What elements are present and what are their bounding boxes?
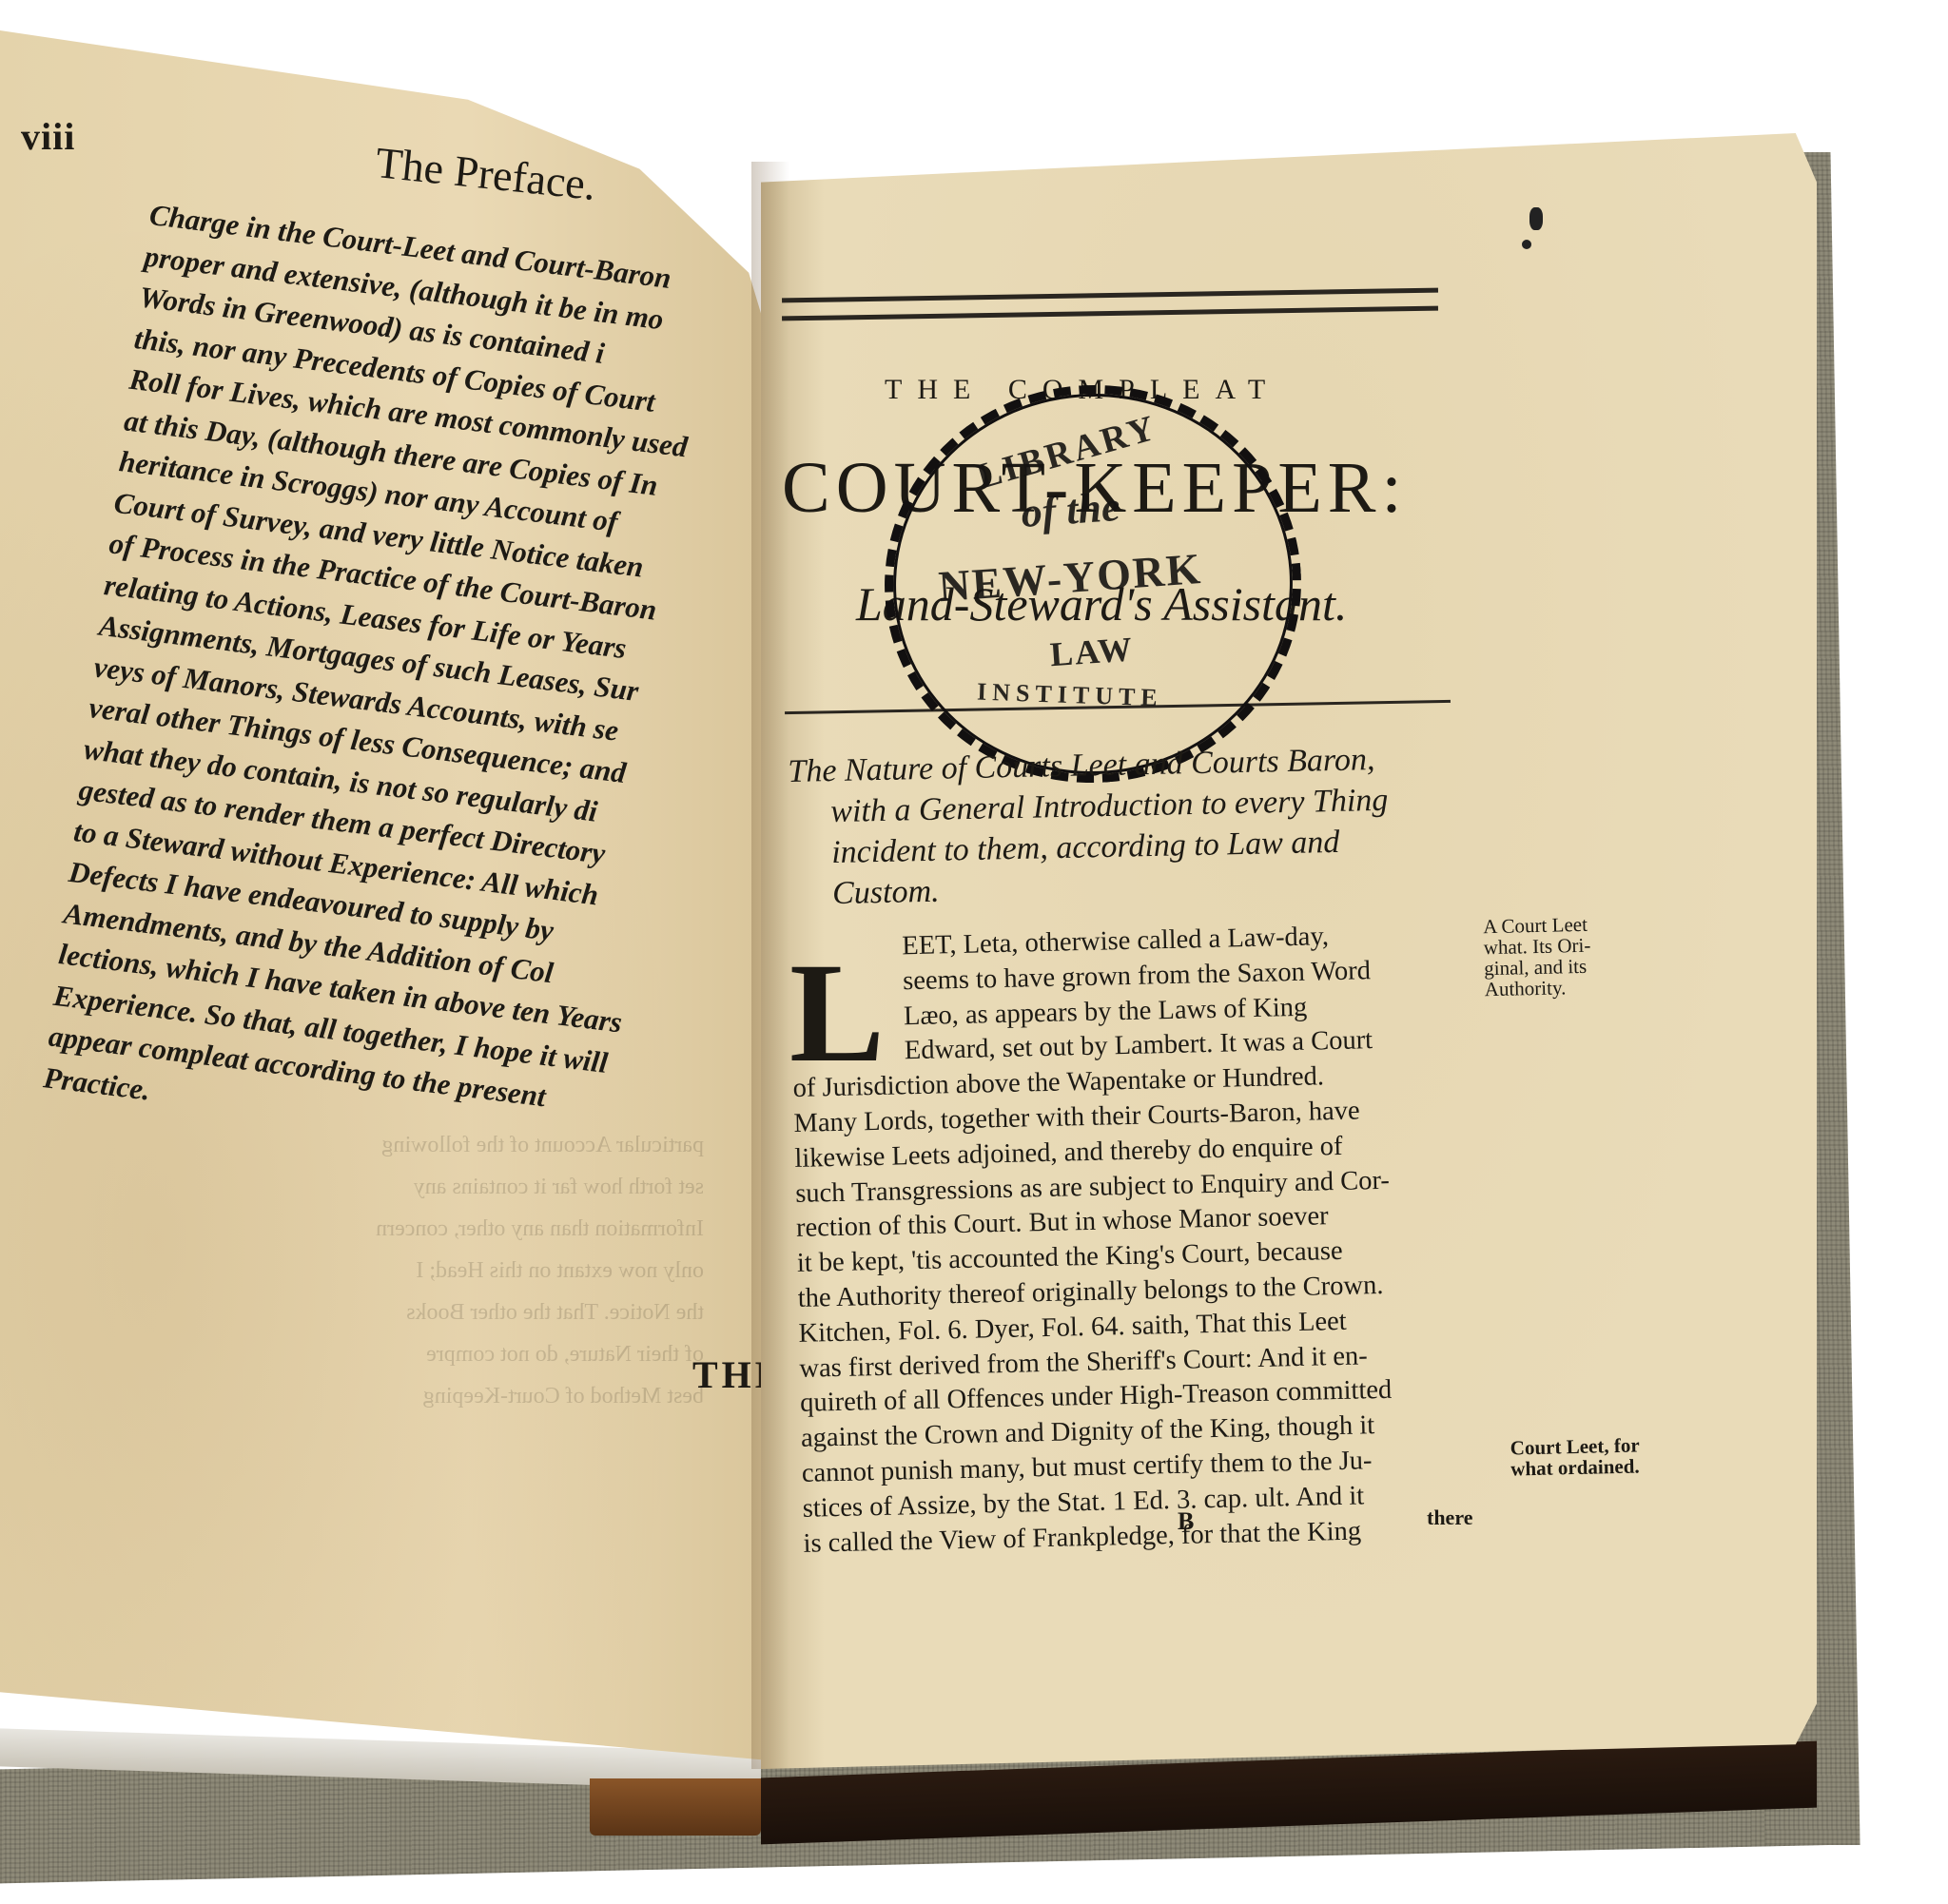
- body-text: EET, Leta, otherwise called a Law-day, s…: [789, 916, 1508, 1562]
- stamp-text: NEW-YORK: [937, 543, 1204, 612]
- ink-spot: [1522, 240, 1531, 249]
- marginal-note: Court Leet, for what ordained.: [1510, 1434, 1641, 1479]
- running-head: The Preface.: [373, 137, 598, 210]
- page-number: viii: [21, 114, 75, 159]
- stamp-text: LIBRARY: [972, 407, 1161, 498]
- chapter-summary: The Nature of Courts Leet and Courts Bar…: [788, 737, 1494, 915]
- stamp-text: LAW: [1049, 629, 1136, 674]
- gutter-shadow: [751, 162, 789, 1769]
- ink-spot: [1529, 207, 1543, 230]
- signature-mark: B: [1178, 1507, 1194, 1536]
- catchword: there: [1427, 1506, 1472, 1530]
- left-page: particular Account of the following set …: [0, 30, 780, 1761]
- preface-text: Charge in the Court-Leet and Court-Baron…: [41, 194, 775, 1174]
- marginal-note: A Court Leet what. Its Ori- ginal, and i…: [1483, 914, 1592, 1001]
- stamp-text: of the: [1020, 482, 1121, 537]
- stamp-text: INSTITUTE: [977, 678, 1164, 713]
- leather-spine: [590, 1778, 761, 1836]
- double-rule: [782, 293, 1438, 329]
- bleed-through-text: particular Account of the following set …: [38, 1124, 704, 1486]
